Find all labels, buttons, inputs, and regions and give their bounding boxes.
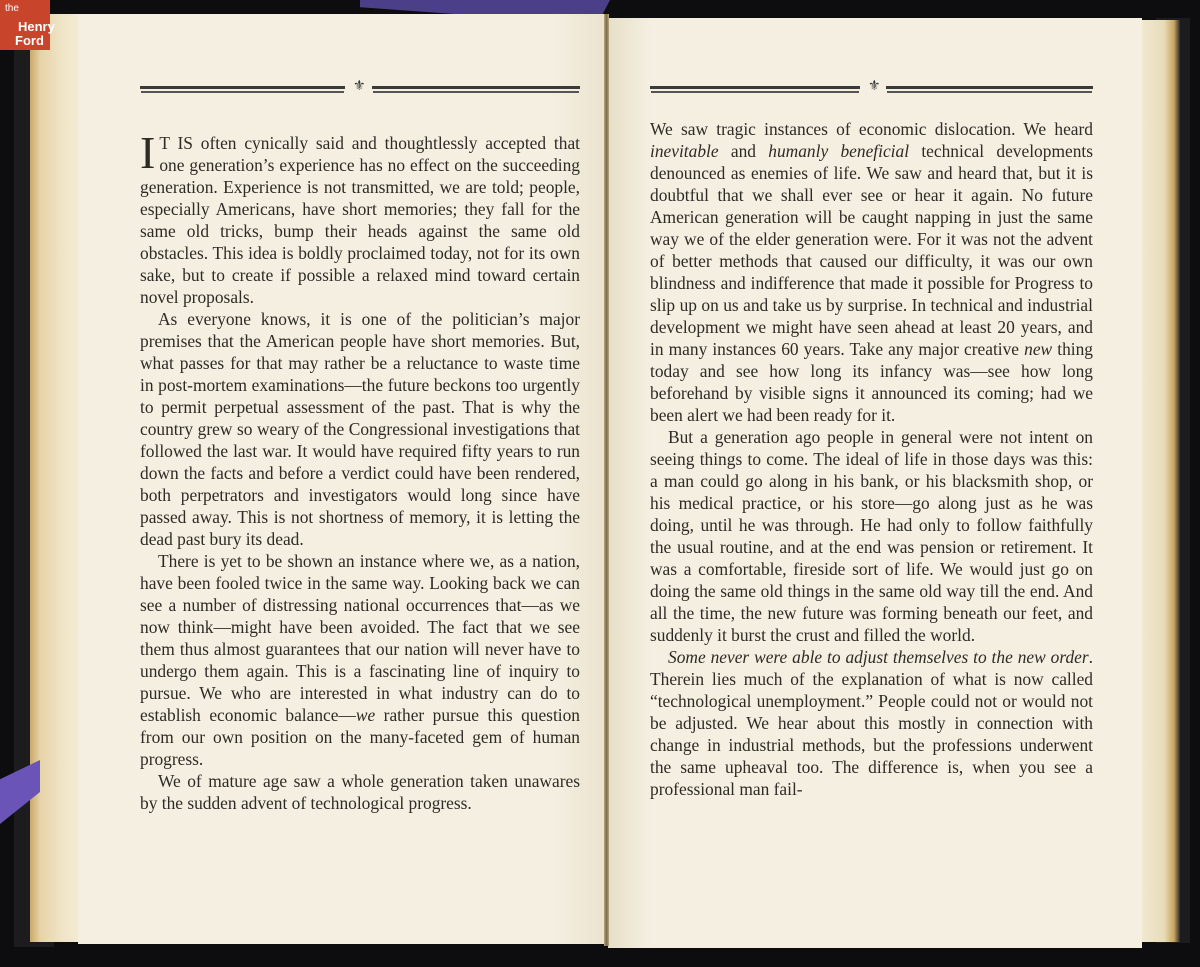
right-page-text: We saw tragic instances of economic disl…: [650, 118, 1093, 800]
paragraph: But a generation ago people in general w…: [650, 426, 1093, 646]
ornament-rule: [372, 86, 580, 90]
right-page: ⚜ We saw tragic instances of economic di…: [608, 18, 1142, 948]
left-page: ⚜ IT IS often cynically said and thought…: [78, 14, 608, 944]
paragraph: There is yet to be shown an instance whe…: [140, 550, 580, 770]
drop-cap: I: [140, 134, 155, 172]
fleur-de-lis-icon: ⚜: [353, 78, 366, 95]
paragraph: Some never were able to adjust themselve…: [650, 646, 1093, 800]
book-gutter: [604, 14, 609, 946]
henry-ford-logo: the Henry Ford: [0, 0, 50, 50]
left-page-text: IT IS often cynically said and thoughtle…: [140, 132, 580, 814]
ornament-rule: [886, 86, 1093, 90]
paragraph: As everyone knows, it is one of the poli…: [140, 308, 580, 550]
fleur-de-lis-icon: ⚜: [868, 78, 881, 95]
paragraph: We of mature age saw a whole generation …: [140, 770, 580, 814]
paragraph: We saw tragic instances of economic disl…: [650, 118, 1093, 426]
paragraph: IT IS often cynically said and thoughtle…: [140, 132, 580, 308]
page-edges-left: [30, 14, 82, 942]
header-ornament: ⚜: [140, 80, 580, 100]
ornament-rule: [650, 86, 860, 90]
page-edges-right: [1140, 20, 1180, 942]
header-ornament: ⚜: [650, 80, 1093, 100]
ornament-rule: [140, 86, 345, 90]
